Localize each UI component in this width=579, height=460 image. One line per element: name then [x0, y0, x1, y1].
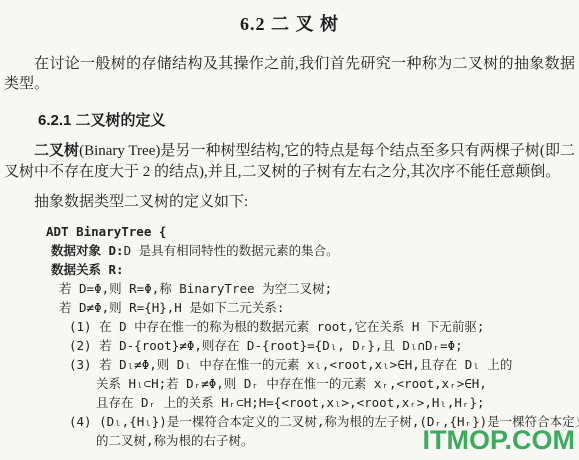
adt-definition-block: ADT BinaryTree { 数据对象 D:D 是具有相同特性的数据元素的集… [4, 222, 575, 450]
adt-relation-line: (1) 在 D 中存在惟一的称为根的数据元素 root,它在关系 H 下无前驱; [69, 317, 575, 336]
intro-paragraph: 在讨论一般树的存储结构及其操作之前,我们首先研究一种称为二叉树的抽象数据类型。 [4, 54, 575, 94]
definition-term: 二叉树 [34, 143, 79, 159]
adt-relation-line: (3) 若 Dₗ≠Φ,则 Dₗ 中存在惟一的元素 xₗ,<root,xₗ>∈H,… [69, 355, 575, 374]
section-title: 6.2 二 叉 树 [4, 10, 575, 36]
adt-lead-in: 抽象数据类型二叉树的定义如下: [4, 192, 575, 212]
adt-relation-line: (2) 若 D-{root}≠Φ,则存在 D-{root}={Dₗ, Dᵣ},且… [69, 336, 575, 355]
data-relation-label: 数据关系 R: [51, 262, 124, 277]
itmop-watermark: ITMOP.COM [422, 425, 575, 456]
adt-relation-line: 若 D≠Φ,则 R={H},H 是如下二元关系: [59, 298, 575, 317]
adt-header: ADT BinaryTree { [46, 222, 575, 241]
adt-relation-line: 关系 Hₗ⊂H;若 Dᵣ≠Φ,则 Dᵣ 中存在惟一的元素 xᵣ,<root,xᵣ… [96, 374, 575, 393]
adt-relation-line: 且存在 Dᵣ 上的关系 Hᵣ⊂H;H={<root,xₗ>,<root,xᵣ>,… [96, 393, 575, 412]
adt-data-relation-line: 数据关系 R: [51, 260, 575, 279]
data-object-label: 数据对象 D: [51, 243, 124, 258]
data-object-text: D 是具有相同特性的数据元素的集合。 [124, 243, 339, 258]
adt-data-object-line: 数据对象 D:D 是具有相同特性的数据元素的集合。 [51, 241, 575, 260]
adt-relation-line: 若 D=Φ,则 R=Φ,称 BinaryTree 为空二叉树; [59, 279, 575, 298]
subsection-heading: 6.2.1 二叉树的定义 [38, 109, 575, 130]
definition-paragraph: 二叉树(Binary Tree)是另一种树型结构,它的特点是每个结点至多只有两棵… [4, 141, 575, 183]
document-page: 6.2 二 叉 树 在讨论一般树的存储结构及其操作之前,我们首先研究一种称为二叉… [4, 0, 575, 460]
definition-text: (Binary Tree)是另一种树型结构,它的特点是每个结点至多只有两棵子树(… [4, 143, 575, 180]
